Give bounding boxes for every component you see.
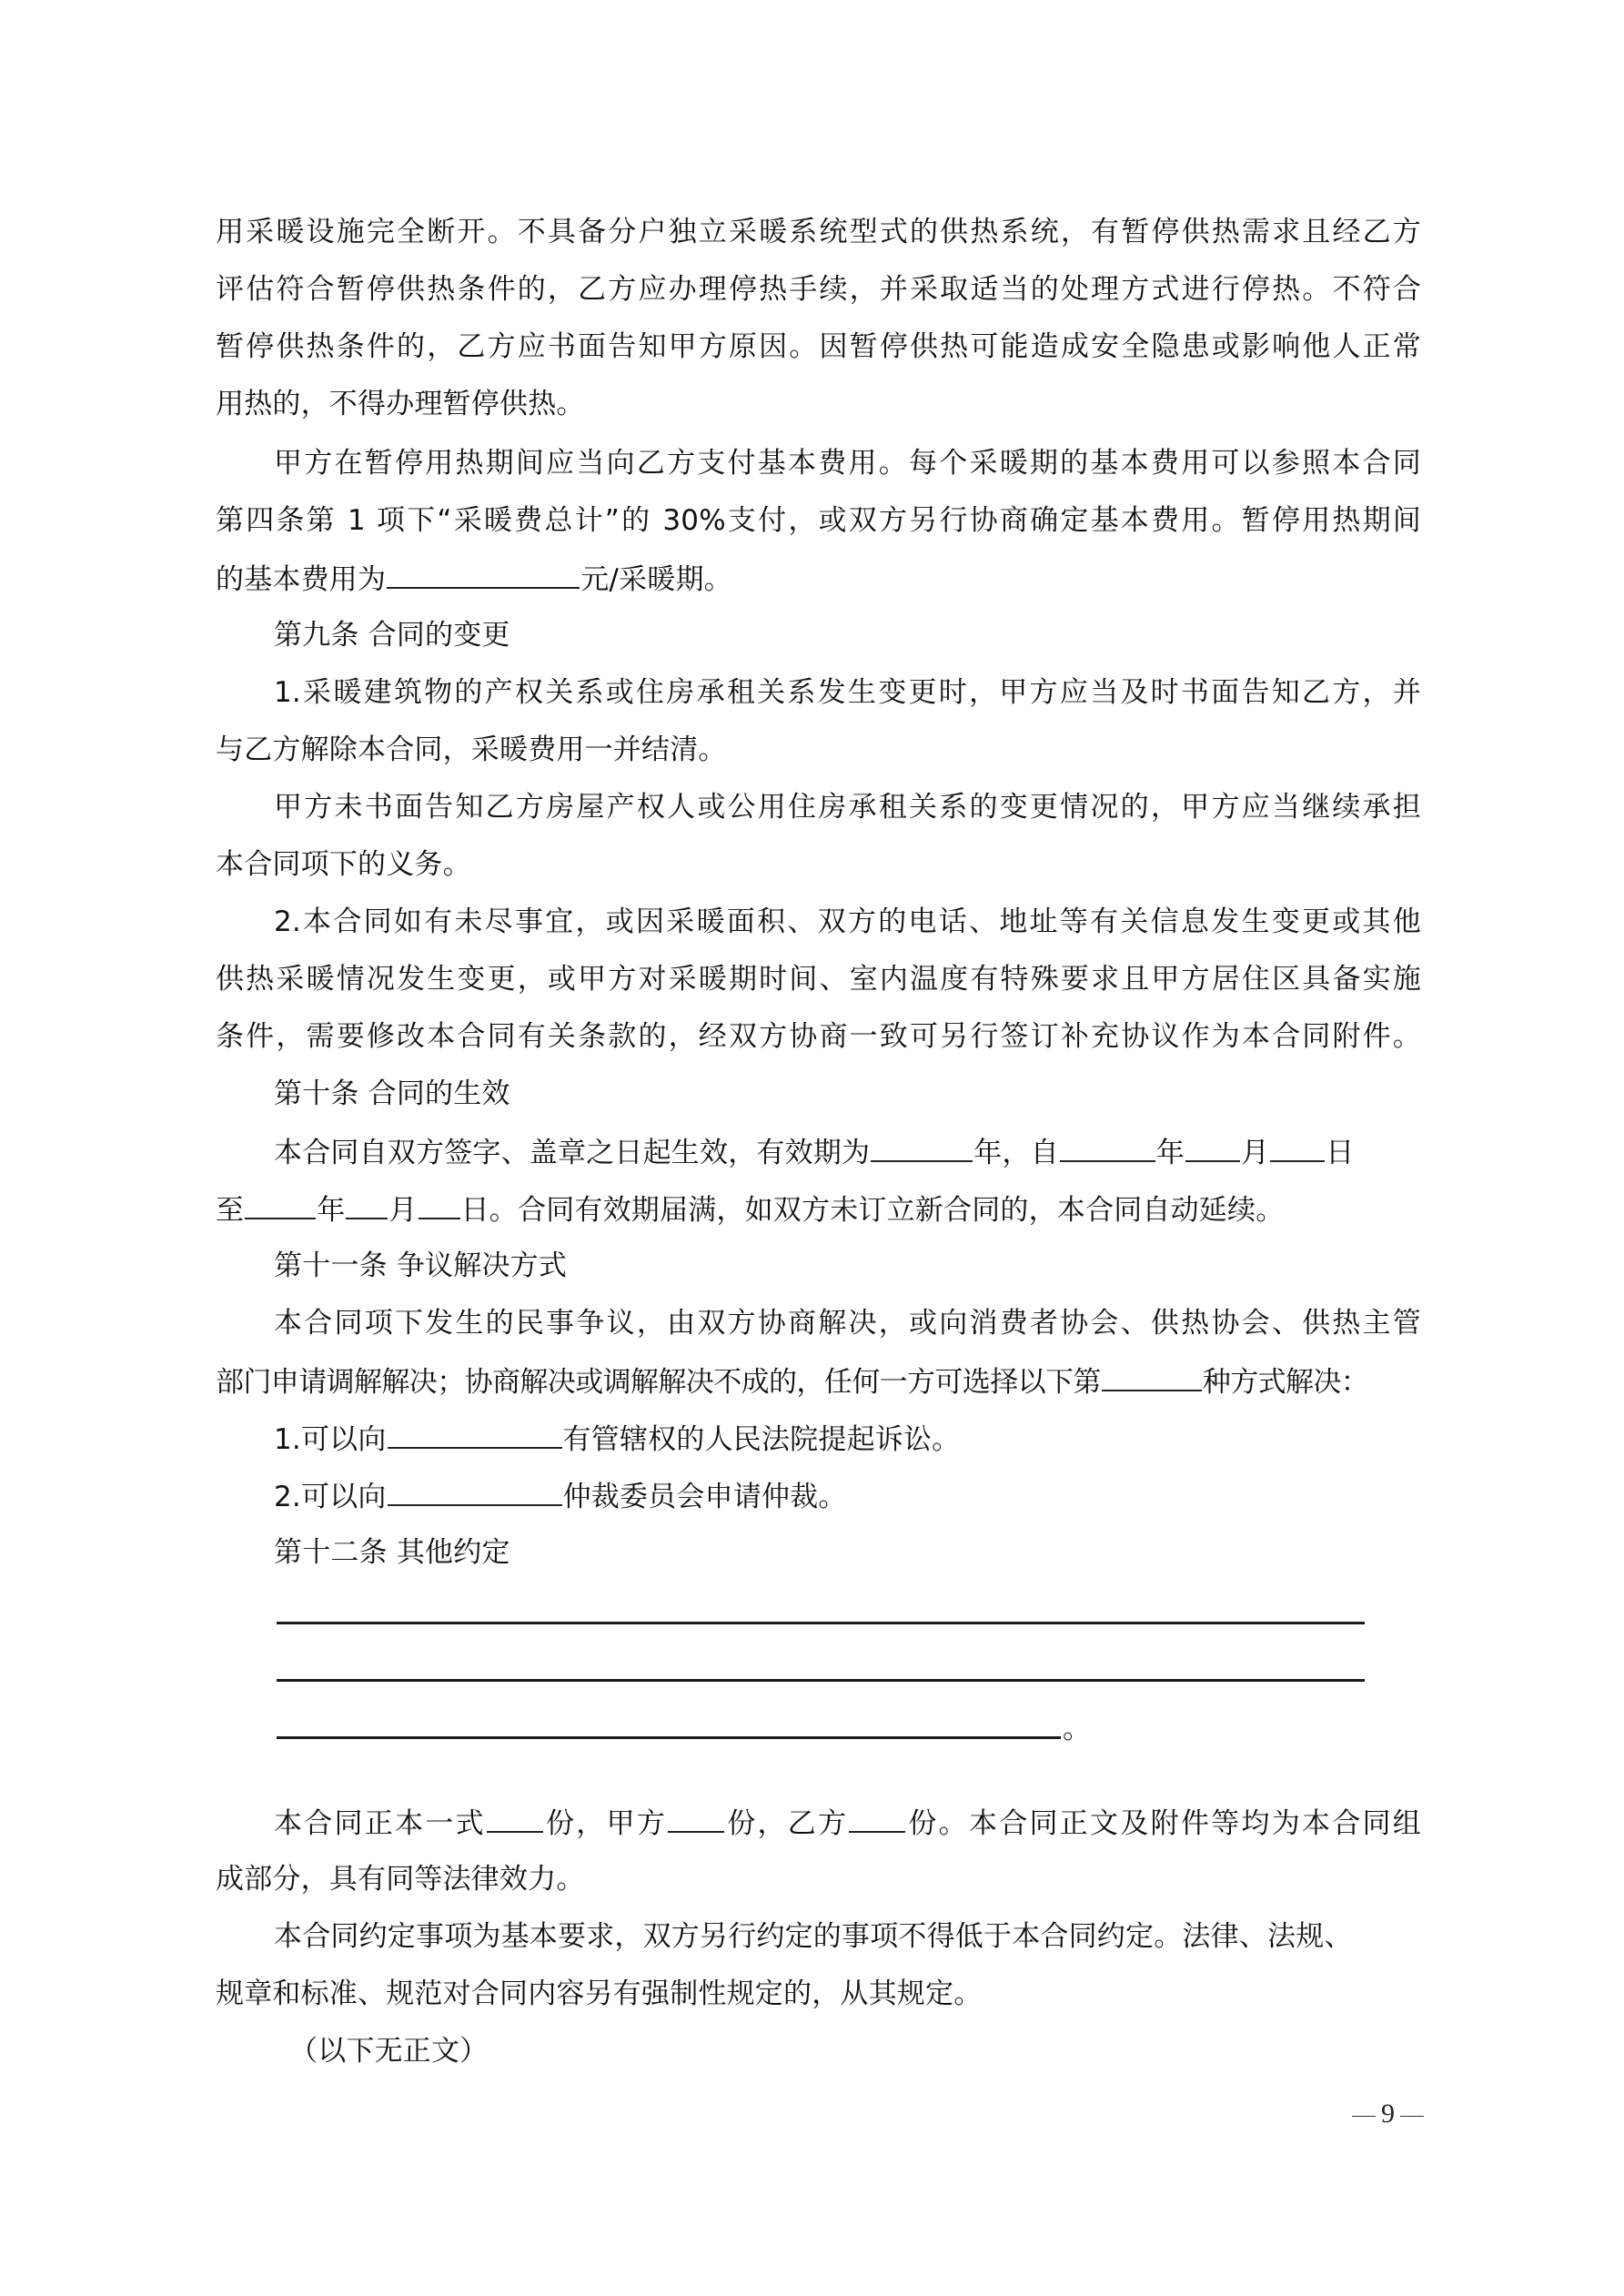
- end-day-blank[interactable]: [419, 1190, 460, 1219]
- paragraph-line: 2.本合同如有未尽事宜，或因采暖面积、双方的电话、地址等有关信息发生变更或其他: [274, 904, 1421, 940]
- paragraph-line: 评估符合暂停供热条件的，乙方应办理停热手续，并采取适当的处理方式进行停热。不符合: [216, 271, 1421, 308]
- article-11-heading: 第十一条 争议解决方式: [274, 1248, 1421, 1284]
- dispute-method-blank[interactable]: [1102, 1362, 1202, 1391]
- paragraph-line: 至年月日。合同有效期届满，如双方未订立新合同的，本合同自动延续。: [216, 1190, 1421, 1227]
- article-9-heading: 第九条 合同的变更: [274, 617, 1421, 653]
- other-terms-period: 。: [1063, 1711, 1099, 1747]
- end-month-blank[interactable]: [346, 1190, 388, 1219]
- paragraph-line: 本合同项下的义务。: [216, 846, 1421, 883]
- paragraph-line: 本合同自双方签字、盖章之日起生效，有效期为年，自年月日: [274, 1133, 1421, 1169]
- paragraph-line: 用采暖设施完全断开。不具备分户独立采暖系统型式的供热系统，有暂停供热需求且经乙方: [216, 214, 1421, 250]
- paragraph-line: 甲方在暂停用热期间应当向乙方支付基本费用。每个采暖期的基本费用可以参照本合同: [274, 445, 1421, 481]
- paragraph-line: 规章和标准、规范对合同内容另有强制性规定的，从其规定。: [216, 1976, 1421, 2012]
- paragraph-line: 甲方未书面告知乙方房屋产权人或公用住房承租关系的变更情况的，甲方应当继续承担: [274, 789, 1421, 825]
- paragraph-line: 与乙方解除本合同，采暖费用一并结清。: [216, 732, 1421, 768]
- court-location-blank[interactable]: [388, 1420, 562, 1449]
- other-terms-line-3[interactable]: [277, 1736, 1061, 1739]
- paragraph-line: 暂停供热条件的，乙方应书面告知甲方原因。因暂停供热可能造成安全隐患或影响他人正常: [216, 329, 1421, 365]
- paragraph-line: 部门申请调解解决；协商解决或调解解决不成的，任何一方可选择以下第种方式解决：: [216, 1362, 1421, 1399]
- party-a-copies-blank[interactable]: [668, 1804, 724, 1833]
- page-number: 9: [1347, 2098, 1429, 2130]
- party-b-copies-blank[interactable]: [849, 1804, 905, 1833]
- dash-decoration: [1352, 2116, 1376, 2117]
- paragraph-line: 本合同约定事项为基本要求，双方另行约定的事项不得低于本合同约定。法律、法规、: [274, 1918, 1421, 1955]
- start-month-blank[interactable]: [1185, 1133, 1240, 1162]
- validity-years-blank[interactable]: [871, 1133, 973, 1162]
- start-day-blank[interactable]: [1270, 1133, 1325, 1162]
- dispute-option-2: 2.可以向仲裁委员会申请仲裁。: [274, 1477, 1421, 1513]
- dash-decoration: [1400, 2116, 1424, 2117]
- paragraph-line: 条件，需要修改本合同有关条款的，经双方协商一致可另行签订补充协议作为本合同附件。: [216, 1018, 1421, 1055]
- paragraph-line: 本合同正本一式份，甲方份，乙方份。本合同正文及附件等均为本合同组: [274, 1804, 1421, 1840]
- document-page: 用采暖设施完全断开。不具备分户独立采暖系统型式的供热系统，有暂停供热需求且经乙方…: [0, 0, 1624, 2296]
- arbitration-committee-blank[interactable]: [388, 1477, 562, 1506]
- article-12-heading: 第十二条 其他约定: [274, 1534, 1421, 1571]
- paragraph-line: 1.采暖建筑物的产权关系或住房承租关系发生变更时，甲方应当及时书面告知乙方，并: [274, 674, 1421, 711]
- paragraph-line: 第四条第 1 项下“采暖费总计”的 30%支付，或双方另行协商确定基本费用。暂停…: [216, 502, 1421, 539]
- paragraph-line: 供热采暖情况发生变更，或甲方对采暖期时间、室内温度有特殊要求且甲方居住区具备实施: [216, 961, 1421, 997]
- basic-fee-blank[interactable]: [387, 560, 580, 589]
- total-copies-blank[interactable]: [487, 1804, 543, 1833]
- paragraph-line: 的基本费用为元/采暖期。: [216, 560, 1421, 596]
- paragraph-line: 用热的，不得办理暂停供热。: [216, 386, 1421, 422]
- dispute-option-1: 1.可以向有管辖权的人民法院提起诉讼。: [274, 1420, 1421, 1456]
- paragraph-line: 成部分，具有同等法律效力。: [216, 1861, 1421, 1897]
- end-year-blank[interactable]: [245, 1190, 316, 1219]
- other-terms-line-2[interactable]: [277, 1679, 1365, 1682]
- end-of-text-note: （以下无正文）: [289, 2033, 1495, 2069]
- article-10-heading: 第十条 合同的生效: [274, 1076, 1421, 1112]
- paragraph-line: 本合同项下发生的民事争议，由双方协商解决，或向消费者协会、供热协会、供热主管: [274, 1305, 1421, 1341]
- start-year-blank[interactable]: [1060, 1133, 1155, 1162]
- other-terms-line-1[interactable]: [277, 1622, 1365, 1624]
